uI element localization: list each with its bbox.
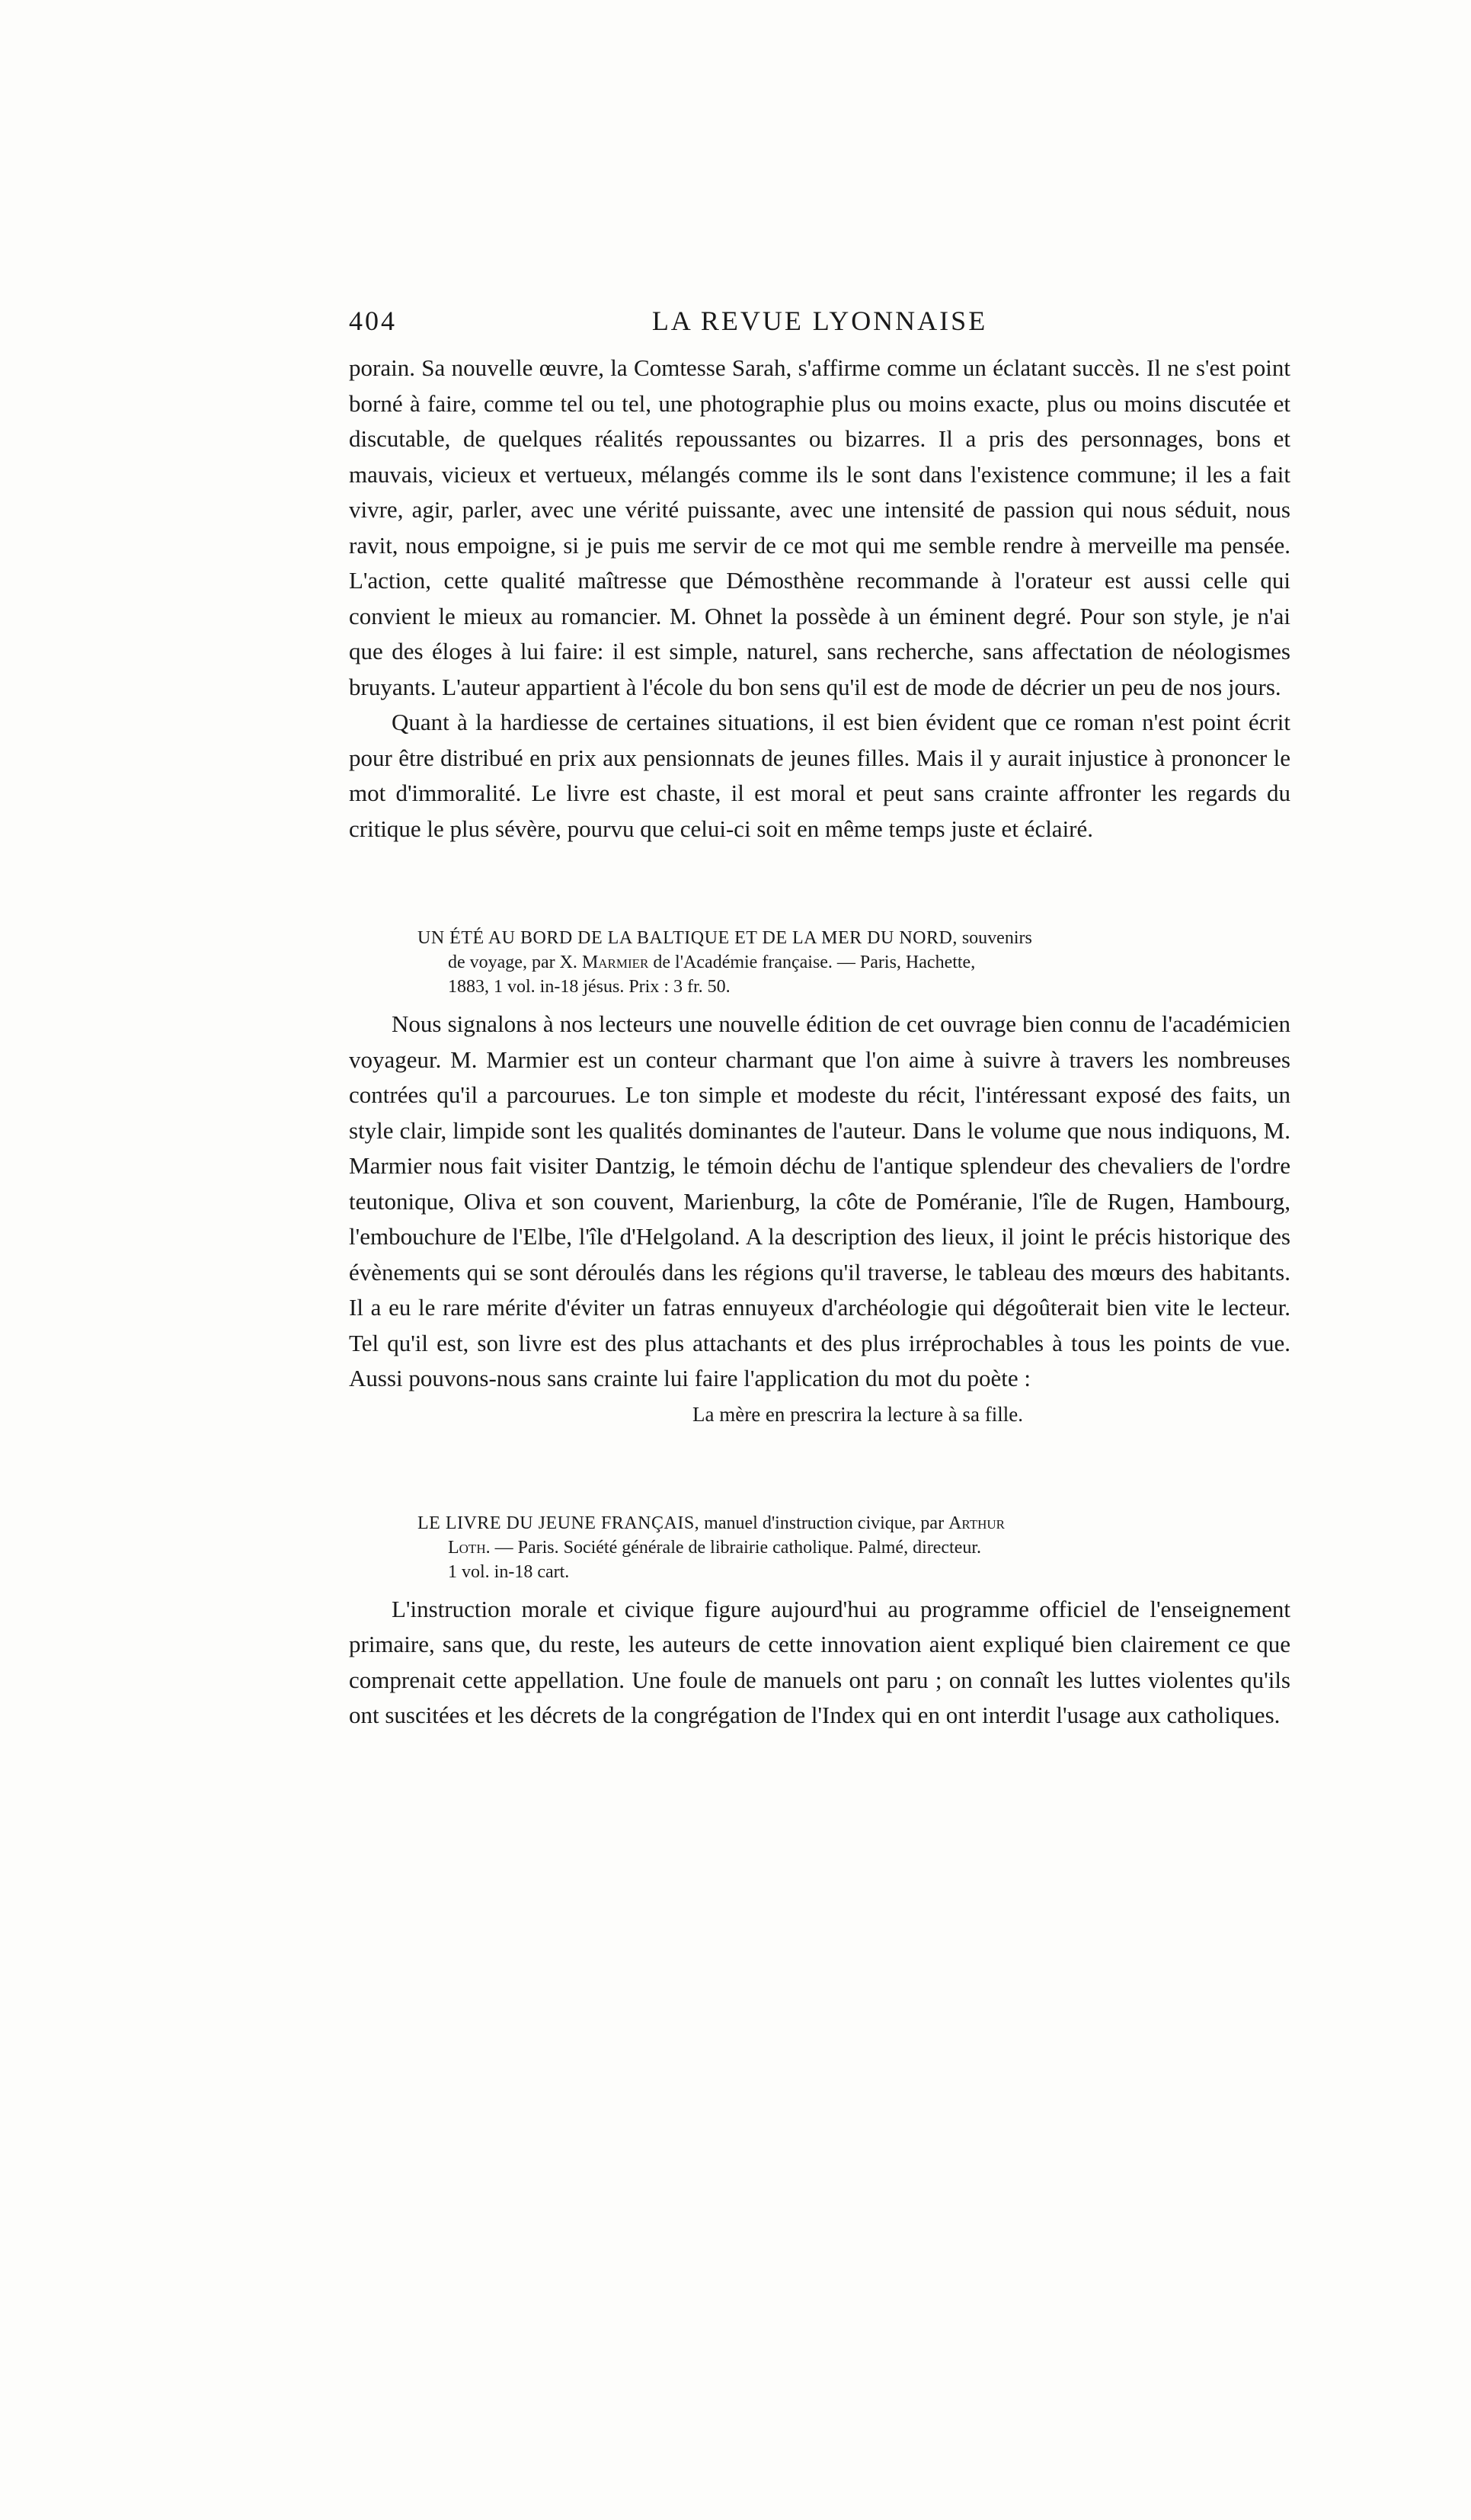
page: 404 LA REVUE LYONNAISE porain. Sa nouvel… — [349, 305, 1290, 1734]
book-entry-heading: LE LIVRE DU JEUNE FRANÇAIS, manuel d'ins… — [417, 1511, 1217, 1584]
paragraph: Nous signalons à nos lecteurs une nouvel… — [349, 1007, 1290, 1397]
author-name: Marmier — [582, 953, 648, 972]
running-header: 404 LA REVUE LYONNAISE — [349, 305, 1290, 351]
paragraph: L'instruction morale et civique figure a… — [349, 1592, 1290, 1734]
paragraph: Quant à la hardiesse de certaines situat… — [349, 705, 1290, 847]
running-title: LA REVUE LYONNAISE — [349, 305, 1290, 337]
book-entry-heading: UN ÉTÉ AU BORD DE LA BALTIQUE ET DE LA M… — [417, 926, 1217, 999]
verse-quote: La mère en prescrira la lecture à sa fil… — [425, 1397, 1290, 1432]
author-name: Loth — [448, 1538, 486, 1558]
paragraph: porain. Sa nouvelle œuvre, la Comtesse S… — [349, 351, 1290, 705]
